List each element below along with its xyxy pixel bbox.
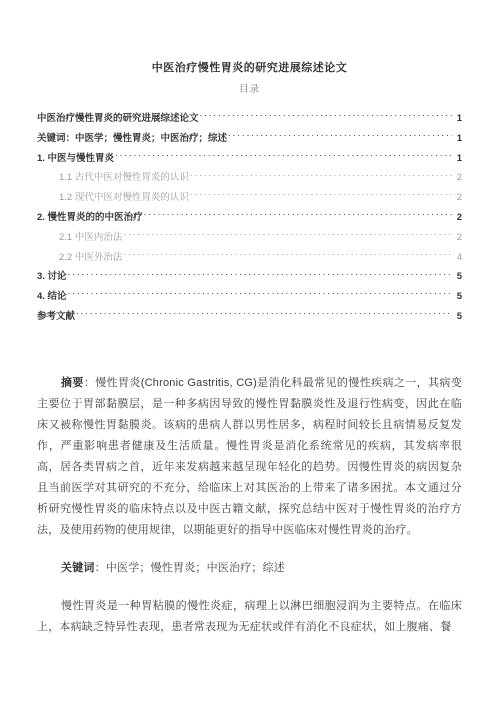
toc-entry-label: 3. 讨论 — [37, 267, 67, 287]
toc-entry-label: 关键词：中医学；慢性胃炎；中医治疗；综述 — [37, 129, 227, 149]
dot-leader — [68, 287, 452, 299]
table-of-contents: 中医治疗慢性胃炎的研究进展综述论文 1 关键词：中医学；慢性胃炎；中医治疗；综述… — [37, 109, 462, 327]
keywords-text: 中医学；慢性胃炎；中医治疗；综述 — [106, 562, 285, 574]
toc-entry-label: 1. 中医与慢性胃炎 — [37, 149, 114, 169]
toc-entry-section-1-1[interactable]: 1.1 古代中医对慢性胃炎的认识 2 — [37, 168, 462, 188]
abstract-colon: ： — [84, 377, 95, 389]
toc-entry-section-4[interactable]: 4. 结论 5 — [37, 287, 462, 307]
page-title: 中医治疗慢性胃炎的研究进展综述论文 — [37, 60, 462, 76]
dot-leader — [76, 307, 452, 319]
toc-entry-title[interactable]: 中医治疗慢性胃炎的研究进展综述论文 1 — [37, 109, 462, 129]
keywords-section: 关键词：中医学；慢性胃炎；中医治疗；综述 — [37, 558, 462, 579]
abstract-label: 摘要 — [61, 377, 84, 389]
toc-heading: 目录 — [37, 83, 462, 97]
body-section: 慢性胃炎是一种胃粘膜的慢性炎症，病理上以淋巴细胞浸润为主要特点。在临床上，本病缺… — [37, 596, 462, 638]
dot-leader — [190, 188, 452, 200]
toc-entry-section-2-2[interactable]: 2.2 中医外治法 4 — [37, 248, 462, 268]
toc-entry-label: 2.2 中医外治法 — [59, 248, 122, 268]
toc-page-number: 1 — [454, 109, 462, 129]
dot-leader — [115, 149, 452, 161]
toc-page-number: 5 — [454, 287, 462, 307]
toc-page-number: 2 — [454, 168, 462, 188]
dot-leader — [123, 248, 452, 260]
toc-entry-label: 中医治疗慢性胃炎的研究进展综述论文 — [37, 109, 199, 129]
toc-entry-section-2[interactable]: 2. 慢性胃炎的的中医治疗 2 — [37, 208, 462, 228]
toc-entry-section-3[interactable]: 3. 讨论 5 — [37, 267, 462, 287]
dot-leader — [144, 208, 452, 220]
toc-page-number: 4 — [454, 248, 462, 268]
abstract-paragraph: 摘要：慢性胃炎(Chronic Gastritis, CG)是消化科最常见的慢性… — [37, 373, 462, 541]
dot-leader — [190, 168, 452, 180]
dot-leader — [123, 228, 452, 240]
document-page: 中医治疗慢性胃炎的研究进展综述论文 目录 中医治疗慢性胃炎的研究进展综述论文 1… — [0, 0, 500, 707]
toc-entry-label: 2. 慢性胃炎的的中医治疗 — [37, 208, 143, 228]
toc-page-number: 5 — [454, 307, 462, 327]
toc-entry-label: 1.1 古代中医对慢性胃炎的认识 — [59, 168, 189, 188]
keywords-label: 关键词 — [61, 562, 95, 574]
toc-page-number: 5 — [454, 267, 462, 287]
toc-page-number: 2 — [454, 228, 462, 248]
toc-entry-section-1[interactable]: 1. 中医与慢性胃炎 1 — [37, 149, 462, 169]
toc-entry-keywords[interactable]: 关键词：中医学；慢性胃炎；中医治疗；综述 1 — [37, 129, 462, 149]
toc-entry-section-1-2[interactable]: 1.2 现代中医对慢性胃炎的认识 2 — [37, 188, 462, 208]
keywords-line: 关键词：中医学；慢性胃炎；中医治疗；综述 — [37, 558, 462, 579]
keywords-colon: ： — [95, 562, 106, 574]
toc-page-number: 1 — [454, 129, 462, 149]
toc-page-number: 2 — [454, 188, 462, 208]
abstract-section: 摘要：慢性胃炎(Chronic Gastritis, CG)是消化科最常见的慢性… — [37, 373, 462, 541]
dot-leader — [228, 129, 452, 141]
body-paragraph: 慢性胃炎是一种胃粘膜的慢性炎症，病理上以淋巴细胞浸润为主要特点。在临床上，本病缺… — [37, 596, 462, 638]
toc-entry-label: 2.1 中医内治法 — [59, 228, 122, 248]
toc-entry-label: 4. 结论 — [37, 287, 67, 307]
toc-entry-references[interactable]: 参考文献 5 — [37, 307, 462, 327]
toc-entry-section-2-1[interactable]: 2.1 中医内治法 2 — [37, 228, 462, 248]
abstract-text: 慢性胃炎(Chronic Gastritis, CG)是消化科最常见的慢性疾病之… — [37, 377, 462, 536]
toc-entry-label: 参考文献 — [37, 307, 75, 327]
dot-leader — [200, 109, 452, 121]
dot-leader — [68, 267, 452, 279]
toc-entry-label: 1.2 现代中医对慢性胃炎的认识 — [59, 188, 189, 208]
toc-page-number: 2 — [454, 208, 462, 228]
toc-page-number: 1 — [454, 149, 462, 169]
